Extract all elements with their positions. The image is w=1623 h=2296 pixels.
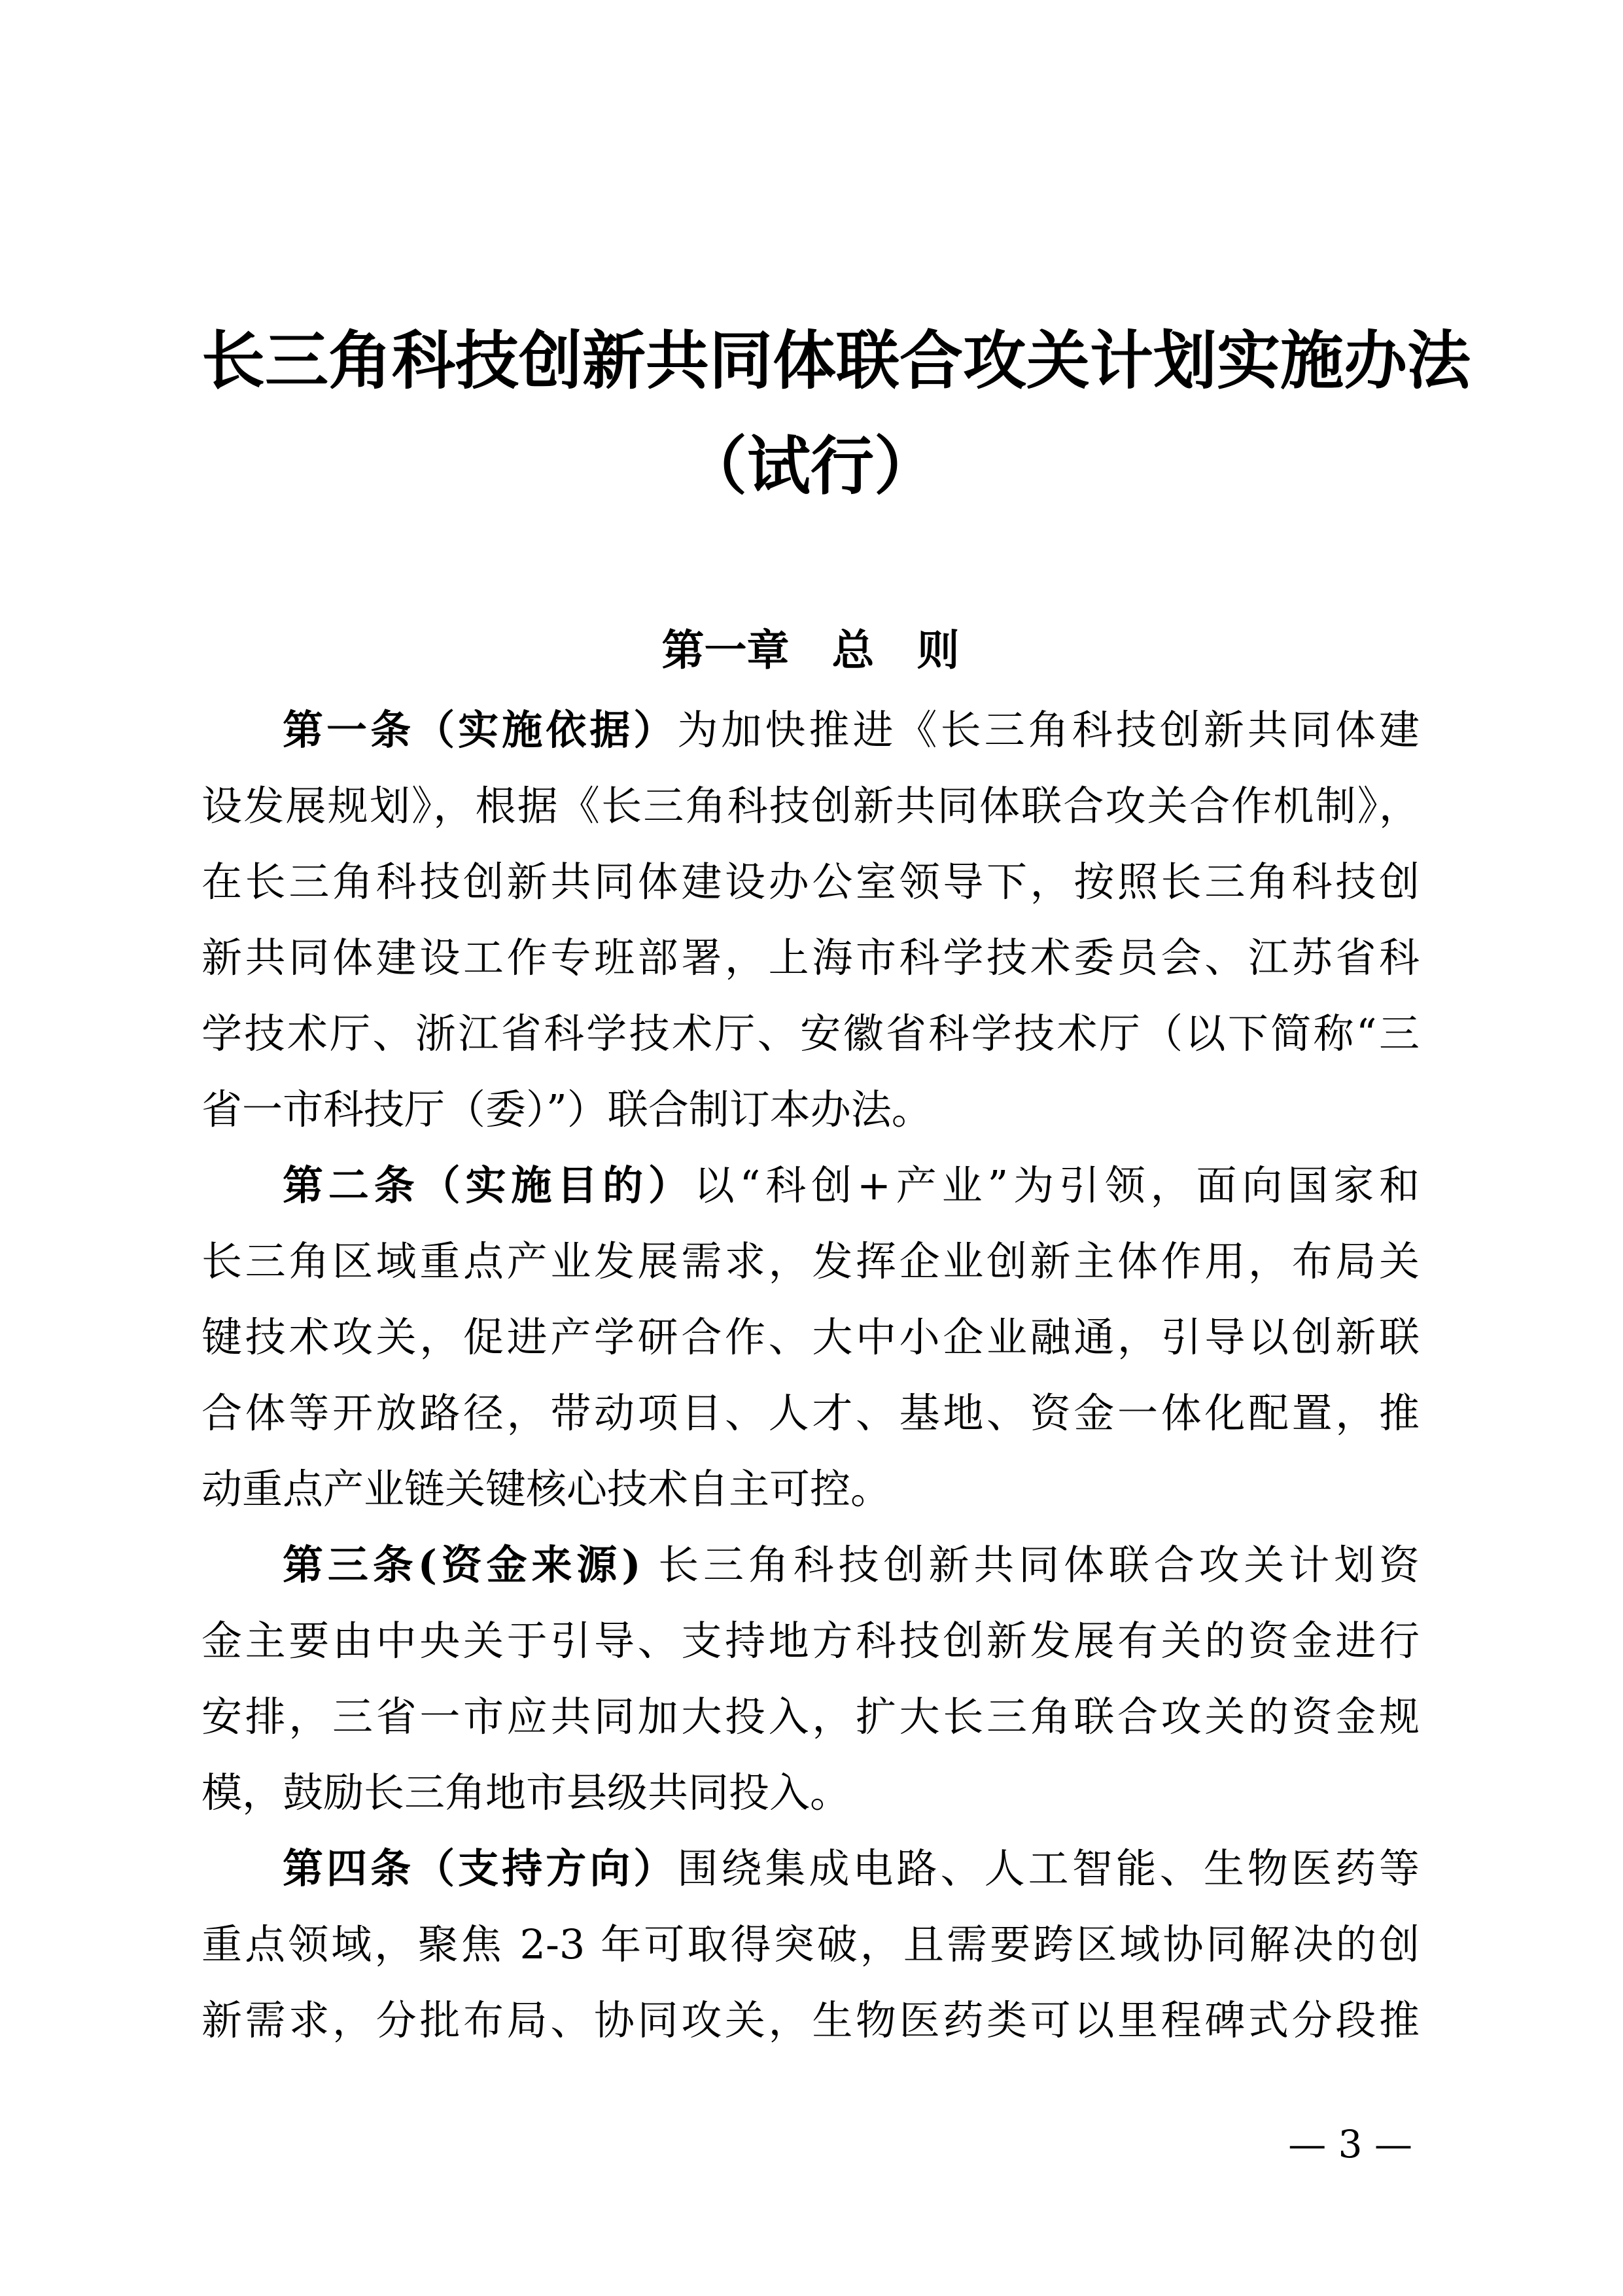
body-line: 合体等开放路径，带动项目、人才、基地、资金一体化配置，推	[201, 1375, 1420, 1451]
article-label: 第二条（实施目的）	[283, 1161, 694, 1209]
body-line: 第四条（支持方向）围绕集成电路、人工智能、生物医药等	[201, 1831, 1420, 1907]
document-page: 长三角科技创新共同体联合攻关计划实施办法 （试行） 第一章 总 则 第一条（实施…	[0, 0, 1623, 2296]
body-line: 第三条(资金来源) 长三角科技创新共同体联合攻关计划资	[201, 1527, 1420, 1603]
line-text: 重点领域，聚焦 2-3 年可取得突破，且需要跨区域协同解决的创	[201, 1920, 1420, 1968]
body-line: 新需求，分批布局、协同攻关，生物医药类可以里程碑式分段推	[201, 1983, 1420, 2058]
body-line: 第二条（实施目的）以“科创+产业”为引领，面向国家和	[201, 1148, 1420, 1224]
body-line: 重点领域，聚焦 2-3 年可取得突破，且需要跨区域协同解决的创	[201, 1907, 1420, 1983]
line-text: 为加快推进《长三角科技创新共同体建	[677, 706, 1420, 754]
line-text: 设发展规划》，根据《长三角科技创新共同体联合攻关合作机制》，	[201, 782, 1420, 830]
article-label: 第一条（实施依据）	[283, 706, 677, 754]
line-text: 新共同体建设工作专班部署，上海市科学技术委员会、江苏省科	[201, 934, 1420, 981]
article-label: 第三条(资金来源)	[283, 1541, 641, 1589]
article-label: 第四条（支持方向）	[283, 1845, 677, 1892]
line-text: 学技术厅、浙江省科学技术厅、安徽省科学技术厅（以下简称“三	[201, 1010, 1420, 1057]
line-text: 模，鼓励长三角地市县级共同投入。	[201, 1769, 850, 1816]
body-line: 在长三角科技创新共同体建设办公室领导下，按照长三角科技创	[201, 844, 1420, 920]
body-line: 安排，三省一市应共同加大投入，扩大长三角联合攻关的资金规	[201, 1679, 1420, 1755]
line-text: 省一市科技厅（委）”）联合制订本办法。	[201, 1086, 932, 1133]
document-title: 长三角科技创新共同体联合攻关计划实施办法	[201, 329, 1420, 393]
line-text: 长三角区域重点产业发展需求，发挥企业创新主体作用，布局关	[201, 1237, 1420, 1285]
body-line: 学技术厅、浙江省科学技术厅、安徽省科学技术厅（以下简称“三	[201, 996, 1420, 1072]
line-text: 围绕集成电路、人工智能、生物医药等	[677, 1845, 1420, 1892]
document-subtitle: （试行）	[201, 434, 1420, 498]
line-text: 键技术攻关，促进产学研合作、大中小企业融通，引导以创新联	[201, 1313, 1420, 1361]
body-line: 金主要由中央关于引导、支持地方科技创新发展有关的资金进行	[201, 1603, 1420, 1679]
line-text: 动重点产业链关键核心技术自主可控。	[201, 1465, 891, 1513]
chapter-heading: 第一章 总 则	[201, 629, 1420, 672]
body-line: 长三角区域重点产业发展需求，发挥企业创新主体作用，布局关	[201, 1224, 1420, 1299]
line-text: 安排，三省一市应共同加大投入，扩大长三角联合攻关的资金规	[201, 1693, 1420, 1740]
body-line: 省一市科技厅（委）”）联合制订本办法。	[201, 1072, 1420, 1148]
body-line: 设发展规划》，根据《长三角科技创新共同体联合攻关合作机制》，	[201, 768, 1420, 844]
line-text: 合体等开放路径，带动项目、人才、基地、资金一体化配置，推	[201, 1389, 1420, 1437]
line-text: 以“科创+产业”为引领，面向国家和	[694, 1161, 1420, 1209]
line-text: 在长三角科技创新共同体建设办公室领导下，按照长三角科技创	[201, 858, 1420, 906]
body-line: 动重点产业链关键核心技术自主可控。	[201, 1451, 1420, 1527]
document-body: 第一条（实施依据）为加快推进《长三角科技创新共同体建 设发展规划》，根据《长三角…	[201, 692, 1420, 2058]
page-number: — 3 —	[1288, 2125, 1412, 2163]
body-line: 第一条（实施依据）为加快推进《长三角科技创新共同体建	[201, 692, 1420, 768]
line-text: 长三角科技创新共同体联合攻关计划资	[641, 1541, 1420, 1589]
body-line: 新共同体建设工作专班部署，上海市科学技术委员会、江苏省科	[201, 920, 1420, 996]
line-text: 金主要由中央关于引导、支持地方科技创新发展有关的资金进行	[201, 1617, 1420, 1665]
line-text: 新需求，分批布局、协同攻关，生物医药类可以里程碑式分段推	[201, 1996, 1420, 2044]
body-line: 模，鼓励长三角地市县级共同投入。	[201, 1755, 1420, 1831]
body-line: 键技术攻关，促进产学研合作、大中小企业融通，引导以创新联	[201, 1299, 1420, 1375]
